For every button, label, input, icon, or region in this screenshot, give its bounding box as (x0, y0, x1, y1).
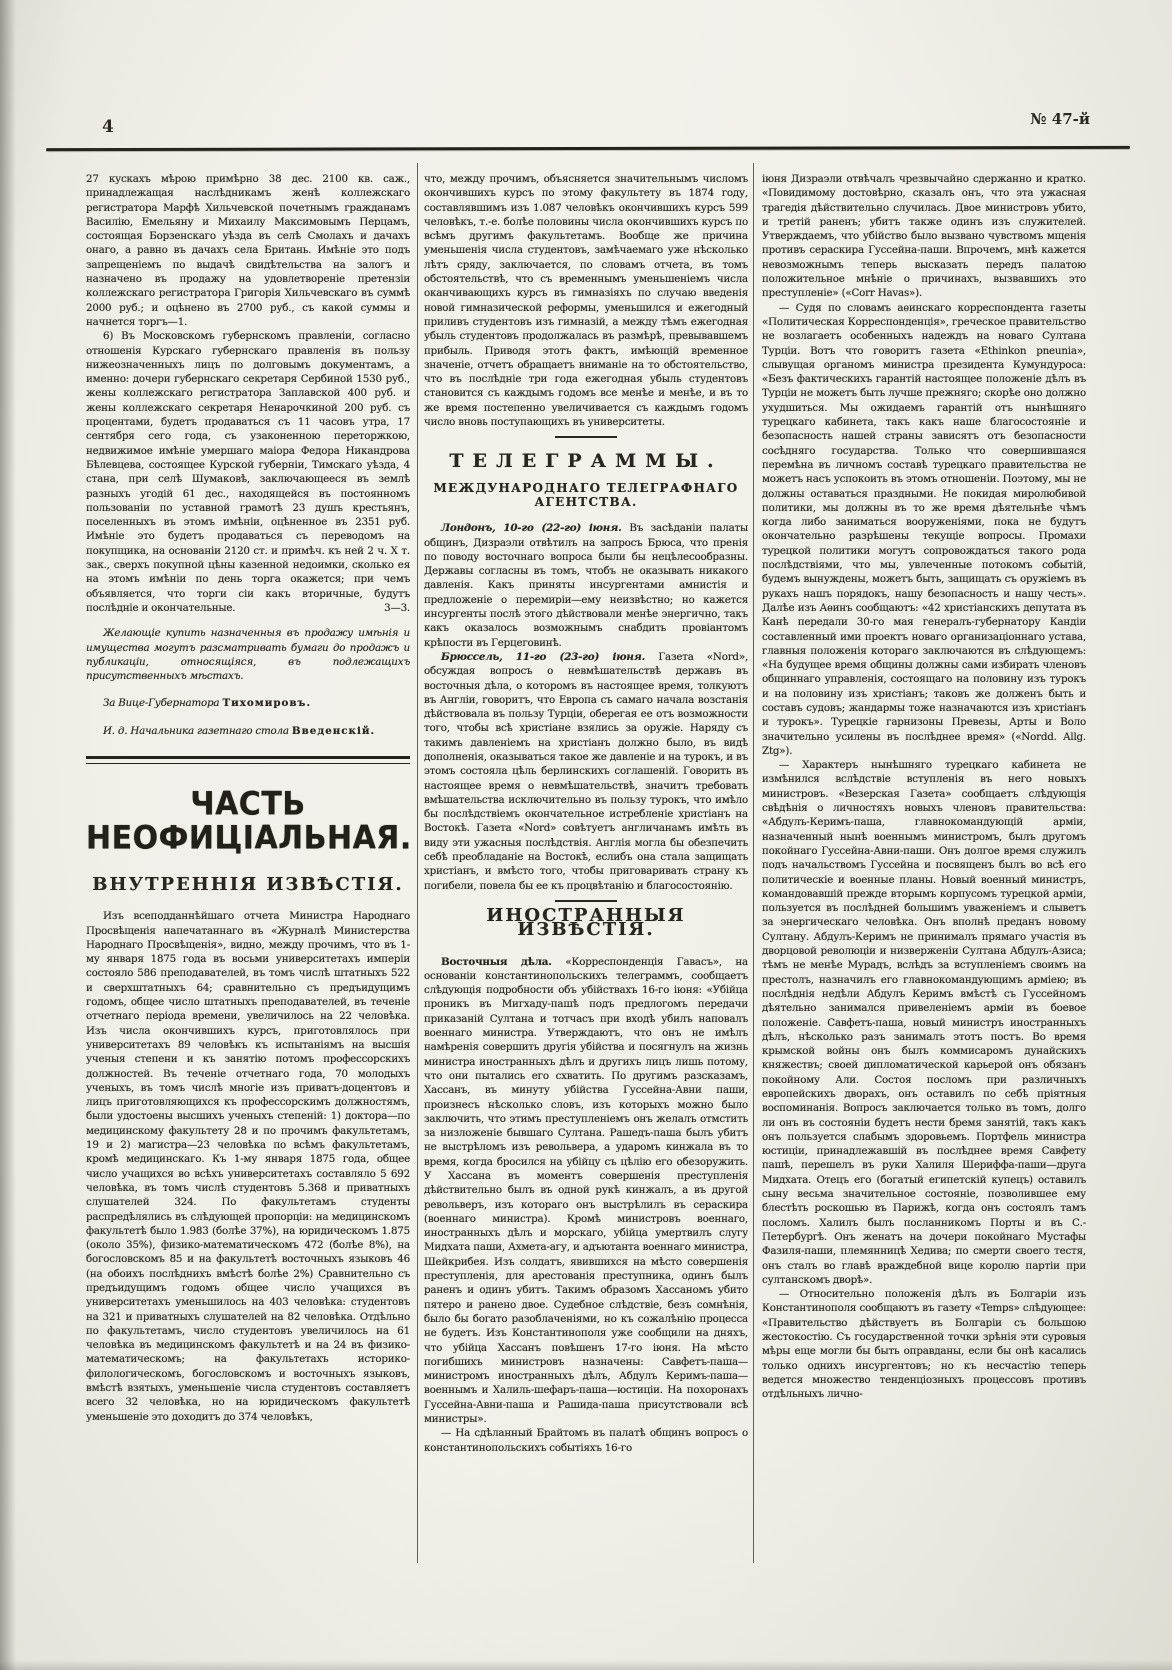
scan-bottom-edge-shadow (0, 1660, 1172, 1670)
article-paragraph: — Судя по словамъ аѳинскаго корреспонден… (762, 301, 1086, 759)
newspaper-page: 4 № 47-й 27 кускахъ мѣрою примѣрно 38 де… (0, 0, 1172, 1670)
telegram-dateline: Лондонъ, 10-го (22-го) іюня. (441, 522, 629, 534)
article-lead: Восточныя дѣла. (441, 956, 565, 968)
header-rule (46, 146, 1130, 151)
article-paragraph: — Относительно положенія дѣлъ въ Болгарі… (762, 1287, 1086, 1401)
signature-line: И. д. Начальника газетнаго стола Введенс… (86, 724, 410, 738)
column-3: іюня Дизраэли отвѣчалъ чрезвычайно сдерж… (762, 172, 1086, 1564)
issue-number: № 47-й (1030, 110, 1090, 128)
notice-paragraph-italic: Желающіе купить назначенныя въ продажу и… (86, 626, 410, 683)
section-heading: ВНУТРЕННІЯ ИЗВѢСТІЯ. (86, 878, 410, 892)
scan-left-edge-shadow (0, 0, 16, 1670)
section-heading: ТЕЛЕГРАММЫ. (424, 454, 748, 468)
telegram-dateline: Брюссель, 11-го (23-го) іюня. (441, 651, 658, 663)
part-title: ЧАСТЬ НЕОФИЦІАЛЬНАЯ. (86, 788, 410, 856)
page-number: 4 (102, 117, 115, 137)
column-1: 27 кускахъ мѣрою примѣрно 38 дес. 2100 к… (86, 172, 410, 1564)
signature-title: За Вице-Губернатора (103, 697, 222, 709)
section-divider (555, 436, 617, 438)
article-paragraph-continued: іюня Дизраэли отвѣчалъ чрезвычайно сдерж… (762, 172, 1086, 301)
signature-line: За Вице-Губернатора Тихомировъ. (86, 696, 410, 710)
column-separator-1 (417, 163, 418, 1563)
article-paragraph: Восточныя дѣла. «Корреспонденція Гавасъ»… (424, 955, 748, 1427)
article-paragraph: — Характеръ нынѣшняго турецкаго кабинета… (762, 758, 1086, 1287)
article-paragraph: Изъ всеподданнѣйшаго отчета Министра Нар… (86, 909, 410, 1424)
column-separator-2 (753, 163, 754, 1563)
signature-name: Тихомировъ. (222, 697, 311, 709)
signature-name: Введенскій. (292, 725, 375, 737)
article-paragraph-continued: 27 кускахъ мѣрою примѣрно 38 дес. 2100 к… (86, 172, 410, 329)
telegram-paragraph: Лондонъ, 10-го (22-го) іюня. Въ засѣдані… (424, 521, 748, 650)
article-paragraph: — На сдѣланный Брайтомъ въ палатѣ общинъ… (424, 1426, 748, 1455)
agency-subheading: МЕЖДУНАРОДНАГО ТЕЛЕГРАФНАГО АГЕНТСТВА. (424, 481, 748, 510)
telegram-paragraph: Брюссель, 11-го (23-го) іюня. Газета «No… (424, 650, 748, 893)
signature-title: И. д. Начальника газетнаго стола (103, 725, 292, 737)
article-paragraph-continued: что, между прочимъ, объясняется значител… (424, 172, 748, 429)
column-2: что, между прочимъ, объясняется значител… (424, 172, 748, 1564)
section-heading: ИНОСТРАННЫЯ ИЗВѢСТІЯ. (424, 909, 748, 938)
completion-mark: 3—3. (367, 601, 410, 615)
article-paragraph: 6) Въ Московскомъ губернскомъ правленіи,… (86, 329, 410, 615)
double-rule (86, 756, 410, 764)
section-divider (555, 900, 617, 902)
